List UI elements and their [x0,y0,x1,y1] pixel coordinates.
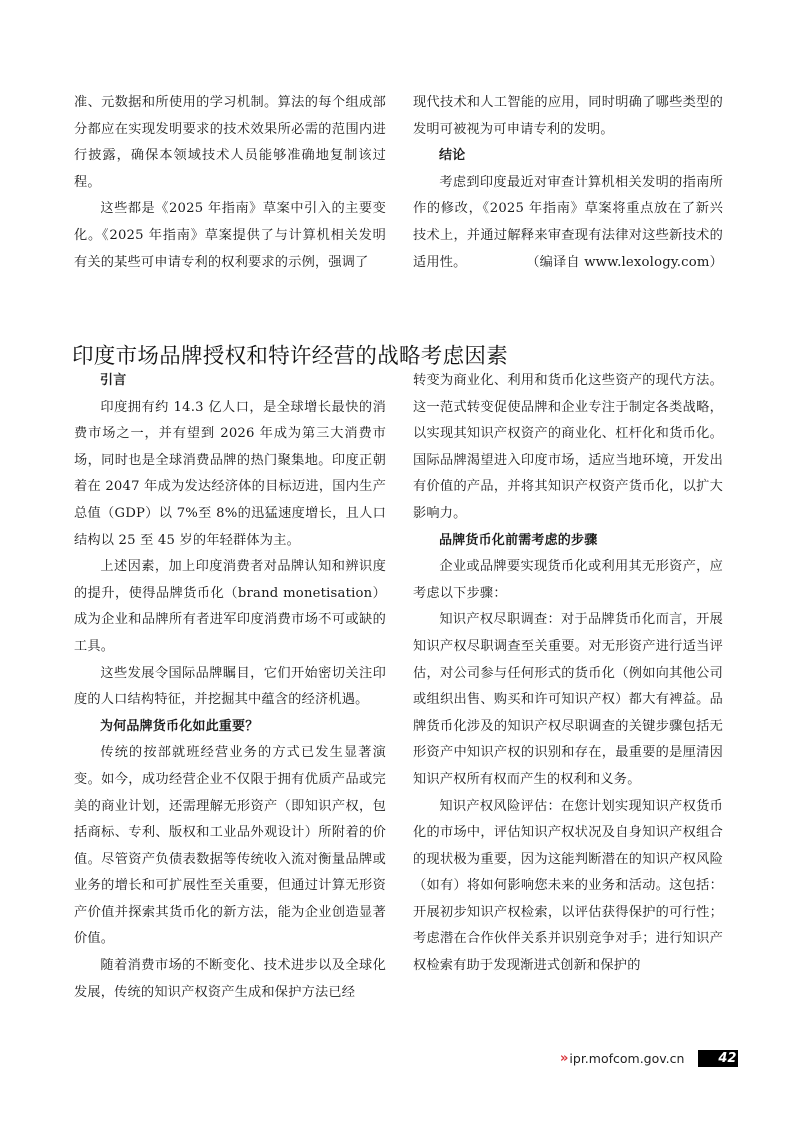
paragraph: 传统的按部就班经营业务的方式已发生显著演变。如今，成功经营企业不仅限于拥有优质产… [74,740,386,953]
paragraph: 准、元数据和所使用的学习机制。算法的每个组成部分都应在实现发明要求的技术效果所必… [74,90,386,196]
section-heading-why-monetisation: 为何品牌货币化如此重要？ [74,714,386,741]
previous-article-left-column: 准、元数据和所使用的学习机制。算法的每个组成部分都应在实现发明要求的技术效果所必… [74,90,386,276]
article-left-column: 引言 印度拥有约 14.3 亿人口，是全球增长最快的消费市场之一，并有望到 20… [74,368,386,1006]
paragraph: 印度拥有约 14.3 亿人口，是全球增长最快的消费市场之一，并有望到 2026 … [74,395,386,555]
article-title: 印度市场品牌授权和特许经营的战略考虑因素 [72,339,508,370]
article-right-column: 转变为商业化、利用和货币化这些资产的现代方法。这一范式转变促使品牌和企业专注于制… [413,368,723,980]
paragraph: 现代技术和人工智能的应用，同时明确了哪些类型的发明可被视为可申请专利的发明。 [413,90,723,143]
paragraph: 知识产权风险评估：在您计划实现知识产权货币化的市场中，评估知识产权状况及自身知识… [413,794,723,980]
paragraph: 上述因素，加上印度消费者对品牌认知和辨识度的提升，使得品牌货币化（brand m… [74,554,386,660]
paragraph: 知识产权尽职调查：对于品牌货币化而言，开展知识产权尽职调查至关重要。对无形资产进… [413,607,723,793]
paragraph: 转变为商业化、利用和货币化这些资产的现代方法。这一范式转变促使品牌和企业专注于制… [413,368,723,528]
previous-article-right-column: 现代技术和人工智能的应用，同时明确了哪些类型的发明可被视为可申请专利的发明。 结… [413,90,723,276]
double-chevron-right-icon: » [560,1051,566,1066]
source-credit: （编译自 www.lexology.com） [500,250,723,277]
paragraph: 这些都是《2025 年指南》草案中引入的主要变化。《2025 年指南》草案提供了… [74,196,386,276]
section-heading-steps: 品牌货币化前需考虑的步骤 [413,528,723,555]
section-heading-conclusion: 结论 [413,143,723,170]
website-link[interactable]: ipr.mofcom.gov.cn [569,1051,684,1066]
page-footer: » ipr.mofcom.gov.cn 42 [560,1049,738,1067]
paragraph: 这些发展令国际品牌瞩目，它们开始密切关注印度的人口结构特征，并挖掘其中蕴含的经济… [74,661,386,714]
paragraph: 考虑到印度最近对审查计算机相关发明的指南所作的修改，《2025 年指南》草案将重… [413,170,723,276]
page-number: 42 [698,1050,738,1067]
paragraph: 随着消费市场的不断变化、技术进步以及全球化发展，传统的知识产权资产生成和保护方法… [74,953,386,1006]
section-heading-introduction: 引言 [74,368,386,395]
paragraph: 企业或品牌要实现货币化或利用其无形资产，应考虑以下步骤： [413,554,723,607]
